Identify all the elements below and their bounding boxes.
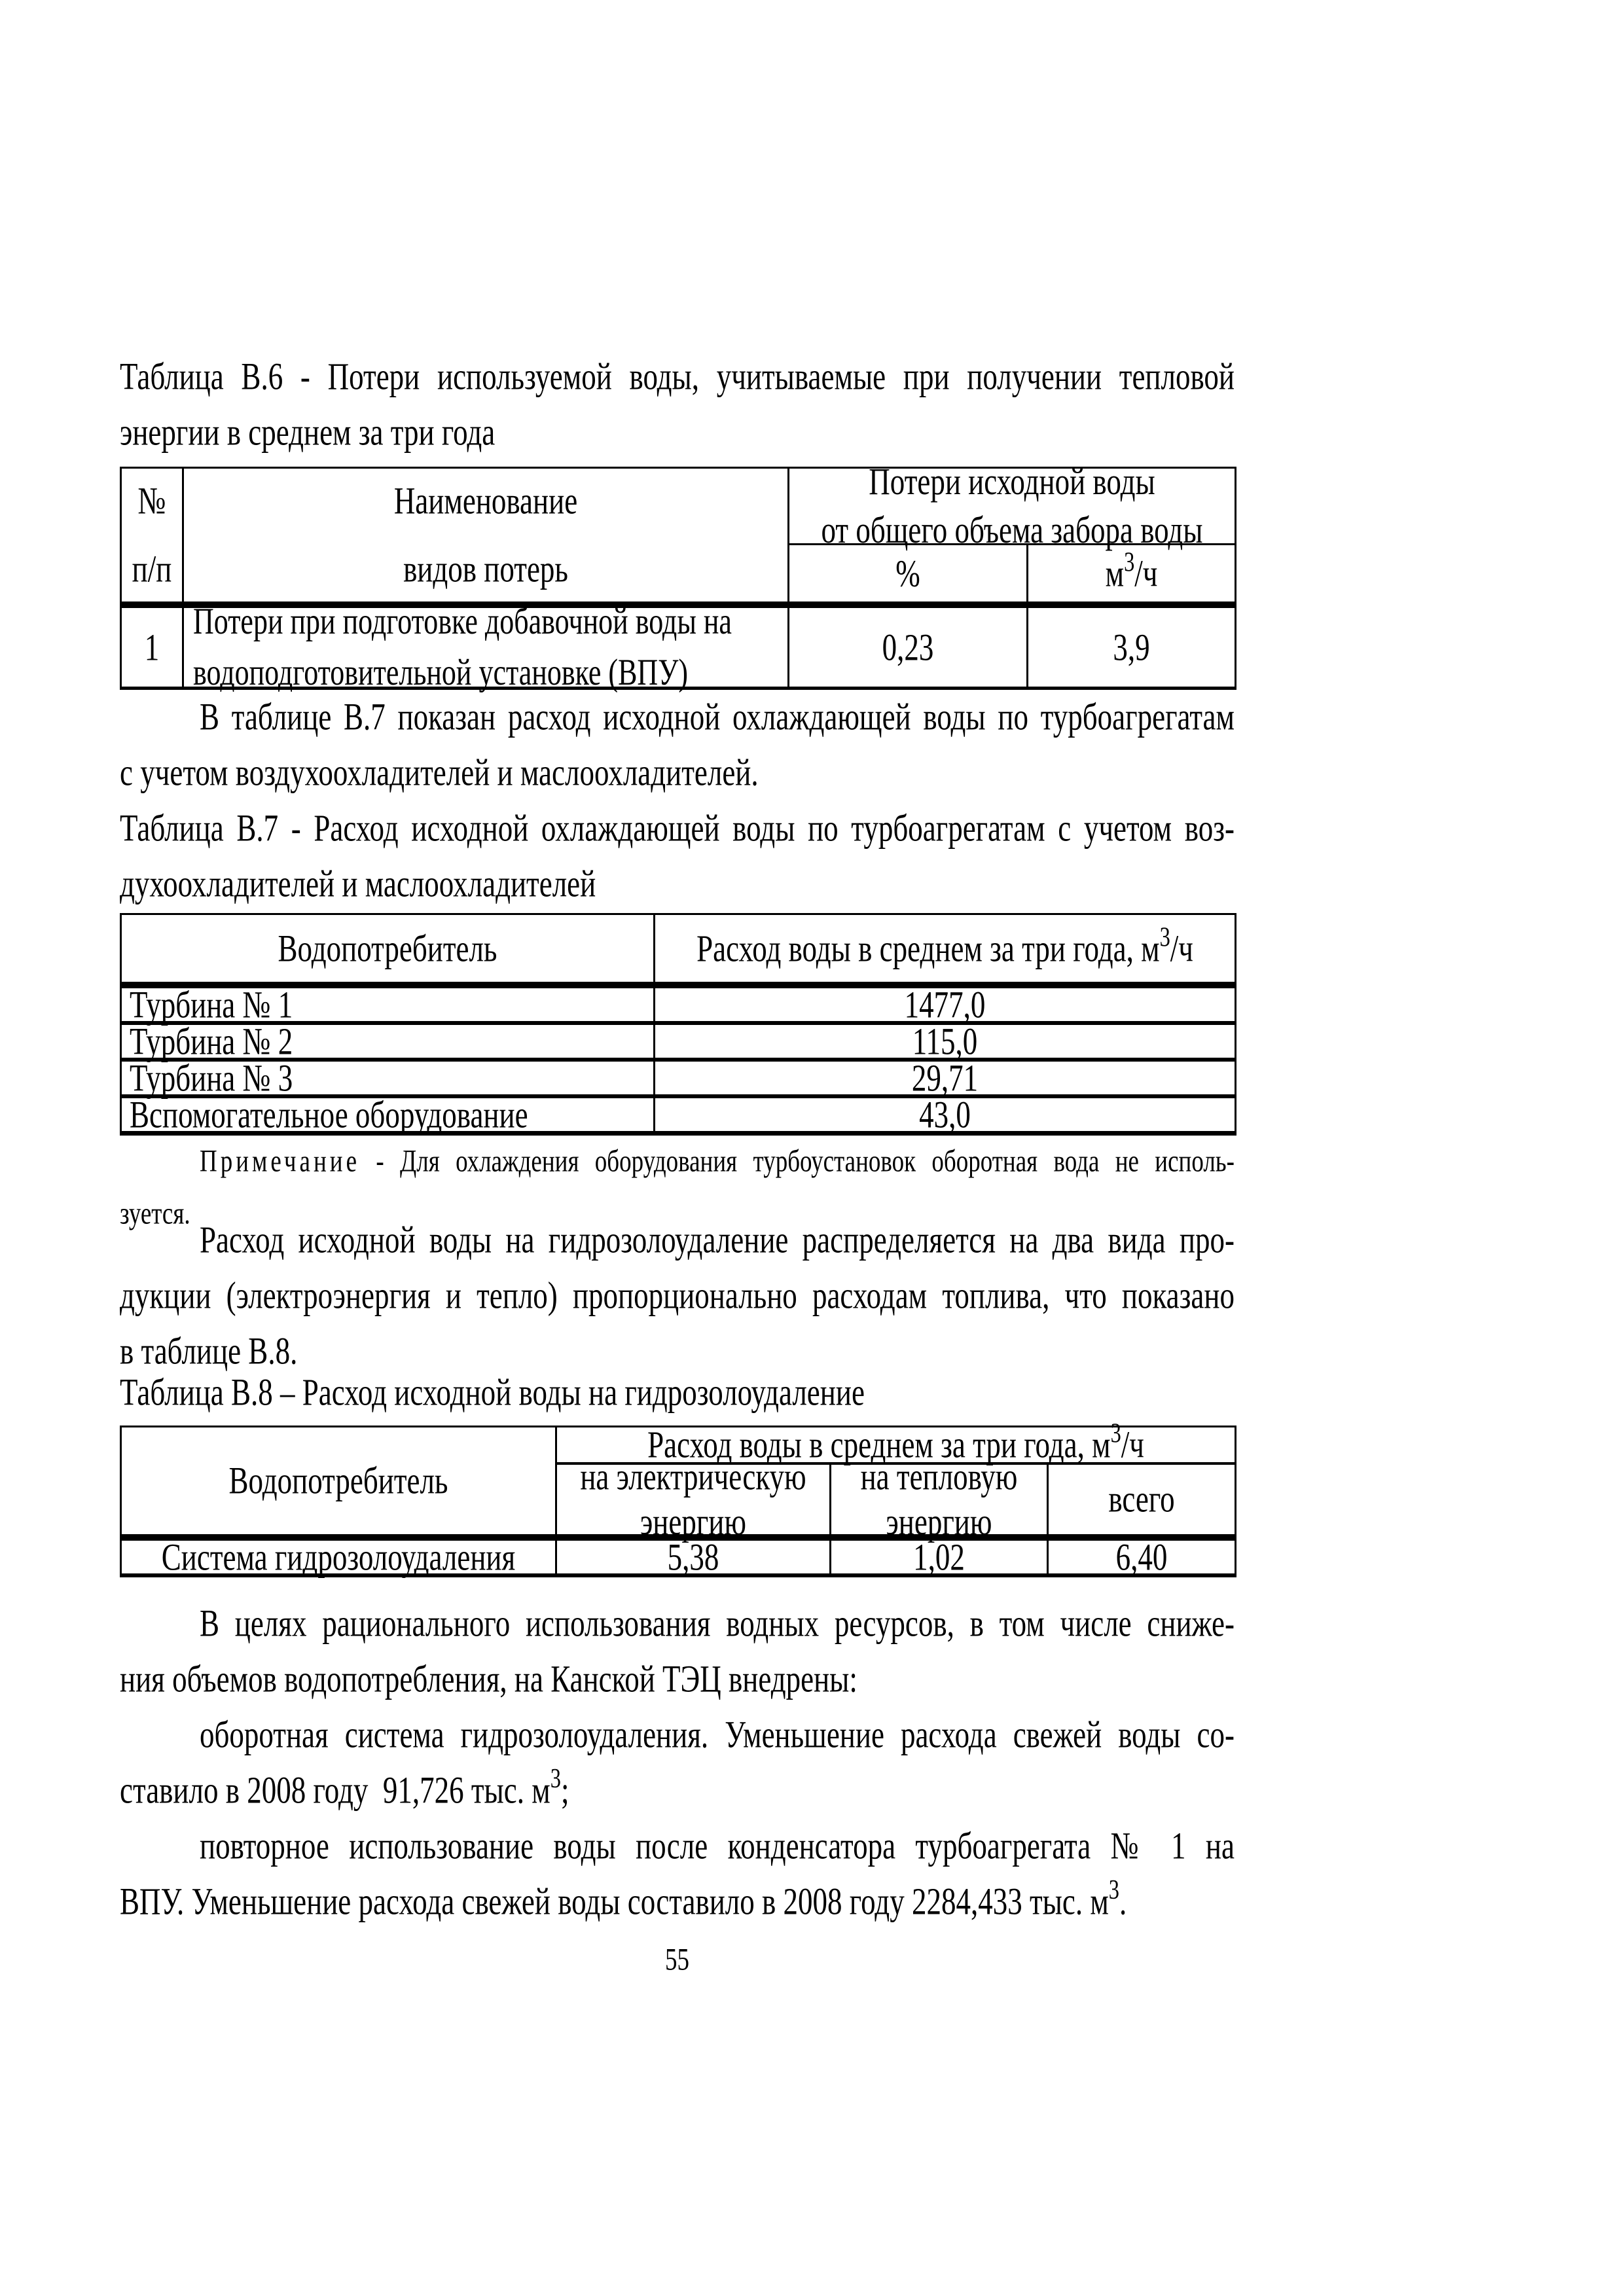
table-b8-row-total: 6,40 — [1048, 1537, 1236, 1575]
table-b7-row-3-flow: 29,71 — [655, 1060, 1236, 1096]
table-b8-title-line: Таблица В.8 – Расход исходной воды на ги… — [120, 1356, 1235, 1429]
table-b8-title: Таблица В.8 – Расход исходной воды на ги… — [120, 1365, 1235, 1420]
table-b6: №п/п Наименованиевидов потерь Потери исх… — [120, 467, 1236, 690]
table-b8-header-total: всего — [1048, 1463, 1236, 1537]
table-b8-row: Система гидрозолоудаления 5,38 1,02 6,40 — [121, 1537, 1236, 1575]
table-b7-header-flow: Расход воды в среднем за три года, м3/ч — [655, 914, 1236, 985]
table-b8-header-consumer: Водопотребитель — [121, 1427, 556, 1537]
table-b7-row-2-consumer: Турбина № 2 — [121, 1023, 655, 1060]
table-b6-row-m3h: 3,9 — [1028, 605, 1236, 689]
table-b6-row-name: Потери при подготовке добавочной воды на… — [183, 605, 789, 689]
paragraph-intro-b7: В таблице В.7 показан расход исходной ох… — [120, 689, 1235, 800]
table-b7-row-1-consumer: Турбина № 1 — [121, 985, 655, 1023]
table-b7-title-line2: духоохладителей и маслоохладителей — [120, 848, 1235, 920]
table-b7-header-consumer: Водопотребитель — [121, 914, 655, 985]
table-b7-row-1-flow: 1477,0 — [655, 985, 1236, 1023]
table-b6-row-percent: 0,23 — [789, 605, 1028, 689]
table-b8-header-electric: на электрическуюэнергию — [556, 1463, 831, 1537]
table-b7-row-2-flow: 115,0 — [655, 1023, 1236, 1060]
table-b6-header-name: Наименованиевидов потерь — [183, 468, 789, 605]
page-footer: 55 — [120, 1934, 1235, 1986]
table-b8-header-heat: на тепловуюэнергию — [831, 1463, 1048, 1537]
table-b8-row-electric: 5,38 — [556, 1537, 831, 1575]
table-b7-row-3-consumer: Турбина № 3 — [121, 1060, 655, 1096]
table-b6-title: Таблица В.6 - Потери используемой воды, … — [120, 349, 1235, 460]
table-b6-header-losses: Потери исходной водыот общего объема заб… — [789, 468, 1236, 545]
table-b6-row-num: 1 — [121, 605, 183, 689]
note-label: Примечание — [200, 1144, 360, 1179]
table-b7-row-2: Турбина № 2 115,0 — [121, 1023, 1236, 1060]
table-b8-row-heat: 1,02 — [831, 1537, 1048, 1575]
table-b7-row-1: Турбина № 1 1477,0 — [121, 985, 1236, 1023]
table-b6-header-m3h: м3/ч — [1028, 545, 1236, 605]
page-number: 55 — [120, 1926, 1235, 1994]
table-b6-header-row1: №п/п Наименованиевидов потерь Потери исх… — [121, 468, 1236, 545]
table-b6-row: 1 Потери при подготовке добавочной воды … — [121, 605, 1236, 689]
paragraph-closing-2: оборотная система гидрозолоудаления. Уме… — [120, 1707, 1235, 1818]
table-b6-header-num: №п/п — [121, 468, 183, 605]
table-b7: Водопотребитель Расход воды в среднем за… — [120, 913, 1236, 1136]
table-b8-row-consumer: Система гидрозолоудаления — [121, 1537, 556, 1575]
table-b6-header-percent: % — [789, 545, 1028, 605]
table-b7-title: Таблица В.7 - Расход исходной охлаждающе… — [120, 800, 1235, 912]
table-b7-header-row: Водопотребитель Расход воды в среднем за… — [121, 914, 1236, 985]
document-page: Таблица В.6 - Потери используемой воды, … — [0, 0, 1624, 2296]
table-b8: Водопотребитель Расход воды в среднем за… — [120, 1426, 1236, 1577]
note-text: - Для охлаждения оборудования турбоустан… — [360, 1144, 1235, 1179]
table-b7-row-3: Турбина № 3 29,71 — [121, 1060, 1236, 1096]
paragraph-intro-b8: Расход исходной воды на гидрозолоудалени… — [120, 1212, 1235, 1379]
paragraph-closing-1: В целях рационального использования водн… — [120, 1596, 1235, 1707]
paragraph-closing-3: повторное использование воды после конде… — [120, 1818, 1235, 1929]
